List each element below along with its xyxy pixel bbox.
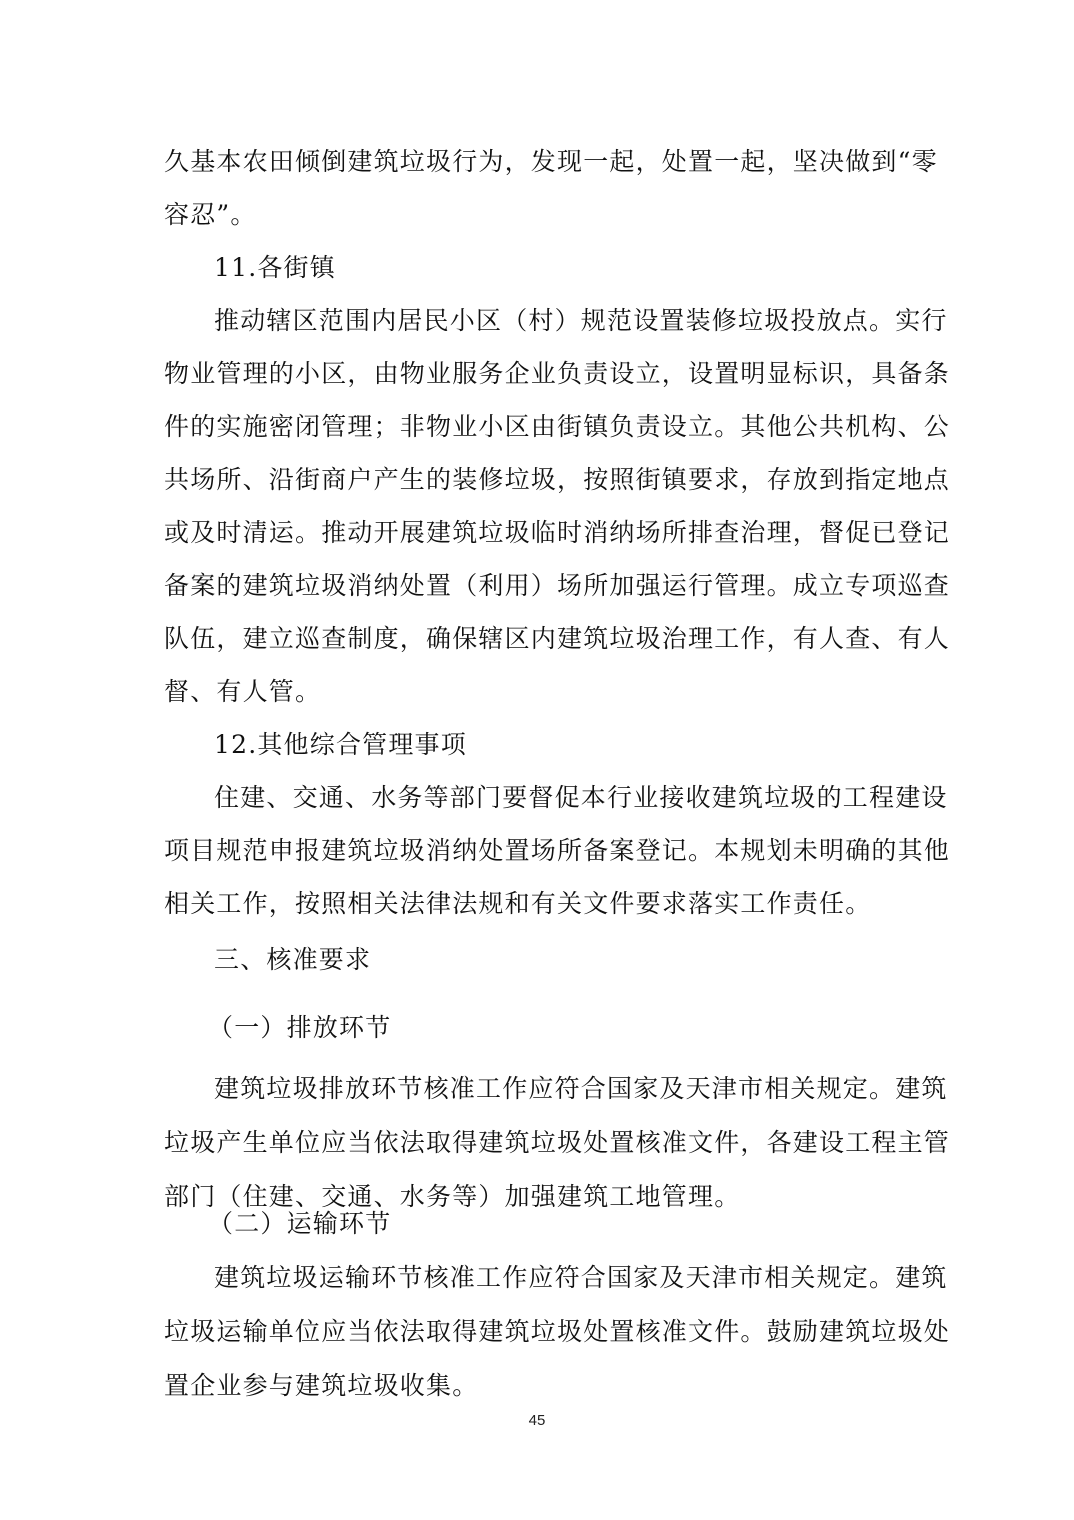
subsection-heading: （一）排放环节 [208,1012,906,1044]
paragraph-line: 建筑垃圾排放环节核准工作应符合国家及天津市相关规定。建筑 [214,1073,912,1105]
paragraph-line: 容忍”。 [164,199,912,231]
paragraph-line: 项目规范申报建筑垃圾消纳处置场所备案登记。本规划未明确的其他 [164,835,912,867]
paragraph-line: 垃圾产生单位应当依法取得建筑垃圾处置核准文件，各建设工程主管 [164,1127,912,1159]
heading-12: 12.其他综合管理事项 [214,729,912,761]
paragraph-line: 相关工作，按照相关法律法规和有关文件要求落实工作责任。 [164,888,912,920]
paragraph-line: 督、有人管。 [164,676,912,708]
paragraph-line: 推动辖区范围内居民小区（村）规范设置装修垃圾投放点。实行 [214,305,912,337]
paragraph-line: 住建、交通、水务等部门要督促本行业接收建筑垃圾的工程建设 [214,782,912,814]
paragraph-line: 或及时清运。推动开展建筑垃圾临时消纳场所排查治理，督促已登记 [164,517,912,549]
paragraph-line: 件的实施密闭管理；非物业小区由街镇负责设立。其他公共机构、公 [164,411,912,443]
paragraph-line: 垃圾运输单位应当依法取得建筑垃圾处置核准文件。鼓励建筑垃圾处 [164,1316,912,1348]
paragraph-line: 置企业参与建筑垃圾收集。 [164,1370,912,1402]
subsection-heading: （二）运输环节 [208,1208,906,1240]
heading-11: 11.各街镇 [214,252,912,284]
document-page: 久基本农田倾倒建筑垃圾行为，发现一起，处置一起，坚决做到“零 容忍”。 11.各… [0,0,1074,1520]
section-heading: 三、核准要求 [214,944,912,976]
paragraph-line: 物业管理的小区，由物业服务企业负责设立，设置明显标识，具备条 [164,358,912,390]
paragraph-line: 共场所、沿街商户产生的装修垃圾，按照街镇要求，存放到指定地点 [164,464,912,496]
paragraph-line: 建筑垃圾运输环节核准工作应符合国家及天津市相关规定。建筑 [214,1262,912,1294]
paragraph-line: 备案的建筑垃圾消纳处置（利用）场所加强运行管理。成立专项巡查 [164,570,912,602]
page-number: 45 [0,1412,1074,1429]
paragraph-line: 久基本农田倾倒建筑垃圾行为，发现一起，处置一起，坚决做到“零 [164,146,912,178]
paragraph-line: 队伍，建立巡查制度，确保辖区内建筑垃圾治理工作，有人查、有人 [164,623,912,655]
